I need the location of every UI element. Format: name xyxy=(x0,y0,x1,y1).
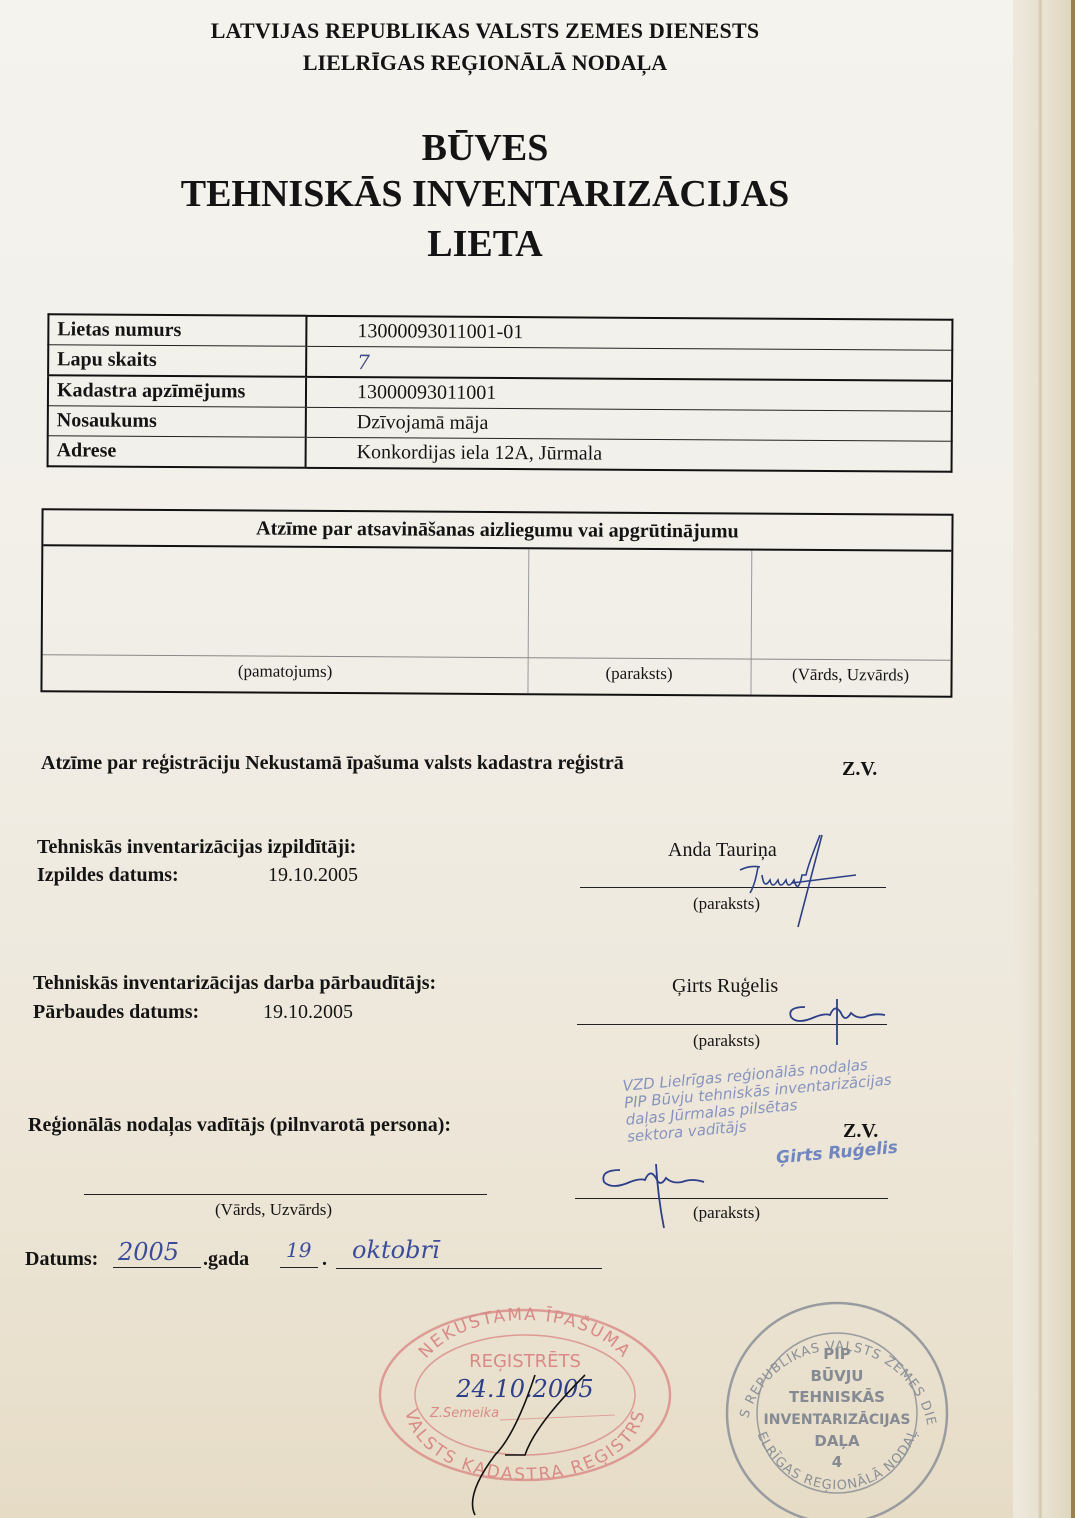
name-value: Dzīvojamā māja xyxy=(306,407,952,441)
encumbrance-box: Atzīme par atsavināšanas aizliegumu vai … xyxy=(40,508,953,698)
name-caption: (Vārds, Uzvārds) xyxy=(215,1200,332,1220)
executors-label: Tehniskās inventarizācijas izpildītāji: xyxy=(37,836,356,859)
month-line xyxy=(336,1268,602,1269)
svg-text:DAĻA: DAĻA xyxy=(814,1432,860,1450)
registry-stamp: NEKUSTAMA ĪPAŠUMA VALSTS KADASTRA REĢIST… xyxy=(375,1295,675,1515)
inspector-name: Ģirts Ruģelis xyxy=(672,975,778,998)
signature-caption: (paraksts) xyxy=(528,663,751,684)
organization-name: LATVIJAS REPUBLIKAS VALSTS ZEMES DIENEST… xyxy=(0,18,970,44)
document-title-line2: TEHNISKĀS INVENTARIZĀCIJAS xyxy=(0,172,970,216)
head-signature xyxy=(600,1158,720,1233)
document-title-line1: BŪVES xyxy=(0,126,970,170)
executor-signature xyxy=(730,835,860,930)
seal-mark: Z.V. xyxy=(843,1120,878,1143)
day-line xyxy=(280,1267,318,1268)
registration-label: Atzīme par reģistrāciju Nekustamā īpašum… xyxy=(41,752,624,775)
execution-date-label: Izpildes datums: xyxy=(37,864,179,887)
date-separator: . xyxy=(322,1248,327,1271)
document-title-line3: LIETA xyxy=(0,222,970,266)
row-label: Lietas numurs xyxy=(48,314,306,346)
date-label: Datums: xyxy=(25,1248,98,1271)
execution-date: 19.10.2005 xyxy=(268,864,358,887)
seal-mark: Z.V. xyxy=(842,758,877,781)
basis-caption: (pamatojums) xyxy=(43,660,528,683)
date-month: oktobrī xyxy=(352,1236,440,1264)
stamp-name: Ģirts Ruģelis xyxy=(775,1138,898,1169)
row-label: Lapu skaits xyxy=(48,345,306,377)
address-value: Konkordijas iela 12A, Jūrmala xyxy=(306,437,952,471)
row-label: Adrese xyxy=(48,436,306,468)
year-line xyxy=(113,1267,201,1268)
department-name: LIELRĪGAS REĢIONĀLĀ NODAĻA xyxy=(0,50,970,76)
name-line xyxy=(84,1194,487,1195)
encumbrance-heading: Atzīme par atsavināšanas aizliegumu vai … xyxy=(43,510,951,552)
svg-text:BŪVJU: BŪVJU xyxy=(811,1365,864,1385)
svg-text:Z.Semeika: Z.Semeika xyxy=(429,1406,499,1421)
row-label: Kadastra apzīmējums xyxy=(48,375,306,407)
case-info-table: Lietas numurs 13000093011001-01 Lapu ska… xyxy=(47,313,954,473)
row-label: Nosaukums xyxy=(48,406,306,438)
date-year: 2005 xyxy=(118,1238,179,1266)
svg-text:TEHNISKĀS: TEHNISKĀS xyxy=(789,1386,885,1406)
case-number-value: 13000093011001-01 xyxy=(306,316,952,350)
name-caption: (Vārds, Uzvārds) xyxy=(751,665,951,686)
page-count-value: 7 xyxy=(306,346,952,380)
svg-text:PIP: PIP xyxy=(823,1345,851,1363)
svg-text:24.10.2005: 24.10.2005 xyxy=(455,1375,593,1403)
inspector-label: Tehniskās inventarizācijas darba pārbaud… xyxy=(33,972,436,995)
date-day: 19 xyxy=(286,1238,311,1262)
svg-text:INVENTARIZĀCIJAS: INVENTARIZĀCIJAS xyxy=(764,1410,911,1428)
head-label: Reģionālās nodaļas vadītājs (pilnvarotā … xyxy=(28,1114,451,1137)
cadastral-designation-value: 13000093011001 xyxy=(306,377,952,411)
year-suffix: .gada xyxy=(203,1248,249,1271)
inspection-date-label: Pārbaudes datums: xyxy=(33,1001,199,1024)
svg-text:REĢISTRĒTS: REĢISTRĒTS xyxy=(469,1350,581,1372)
inspector-signature xyxy=(785,995,895,1050)
page-binding-edge xyxy=(1013,0,1075,1518)
department-stamp: LATVIJAS REPUBLIKAS VALSTS ZEMES DIENEST… xyxy=(722,1293,952,1518)
inspection-date: 19.10.2005 xyxy=(263,1001,353,1024)
svg-text:4: 4 xyxy=(832,1453,842,1471)
signature-caption: (paraksts) xyxy=(693,1031,760,1051)
caption-divider xyxy=(43,654,951,661)
table-row: Adrese Konkordijas iela 12A, Jūrmala xyxy=(48,436,952,472)
